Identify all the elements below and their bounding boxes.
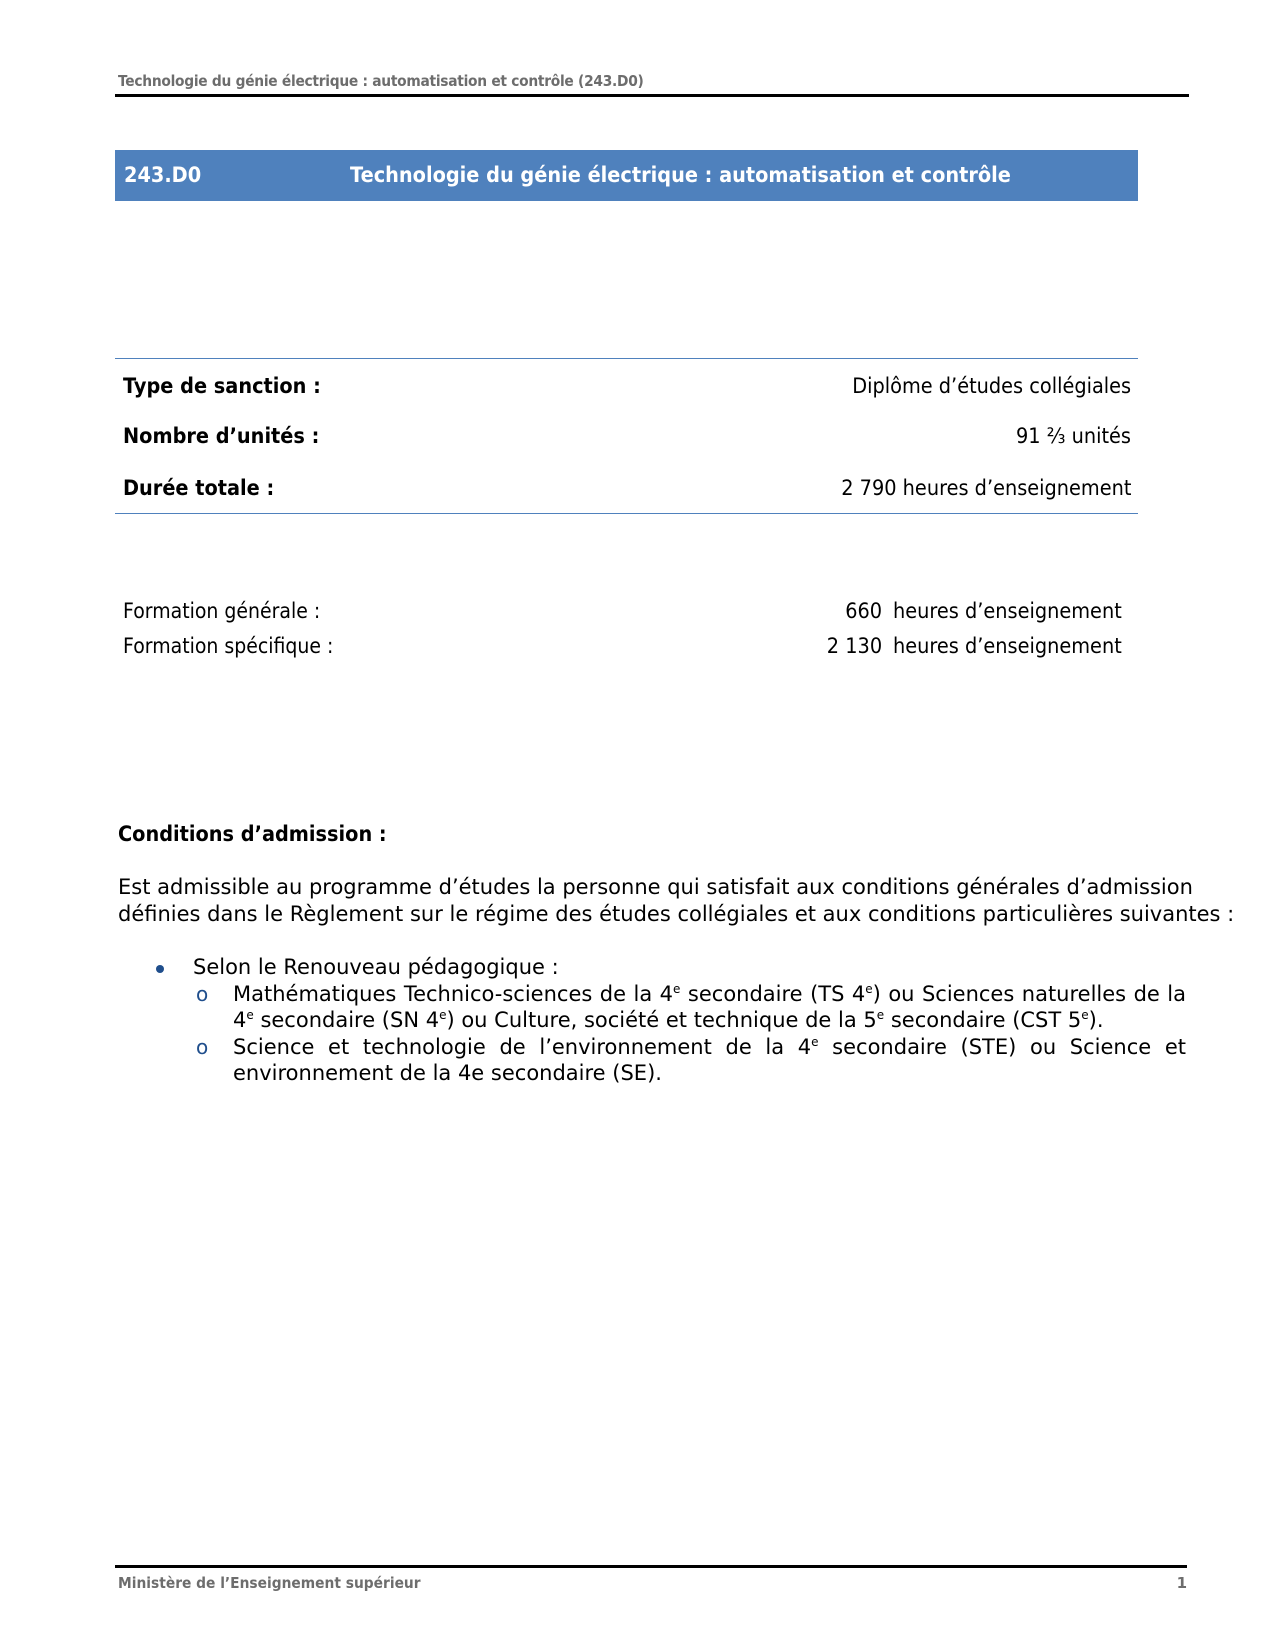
specific-formation-label: Formation spécifique : [123, 634, 333, 658]
list-item: oMathématiques Technico-sciences de la 4… [118, 981, 1186, 1034]
units-value: 91 ⅔ unités [1016, 424, 1131, 448]
general-formation-label: Formation générale : [123, 599, 320, 623]
duration-label: Durée totale : [123, 476, 274, 500]
sanction-value: Diplôme d’études collégiales [852, 374, 1131, 398]
footer-publisher: Ministère de l’Enseignement supérieur [118, 1574, 421, 1592]
admission-intro: Est admissible au programme d’études la … [118, 874, 1186, 927]
list-item-line: 4e secondaire (SN 4e) ou Culture, sociét… [233, 1007, 1186, 1034]
bullet-icon [156, 965, 164, 973]
sub-list: oMathématiques Technico-sciences de la 4… [118, 981, 1186, 1087]
list-item-line: Science et technologie de l’environnemen… [233, 1034, 1186, 1061]
page-number: 1 [1177, 1574, 1187, 1592]
program-title-bar: 243.D0 Technologie du génie électrique :… [115, 150, 1138, 201]
admission-conditions-list: Selon le Renouveau pédagogique : oMathém… [118, 954, 1186, 1087]
list-item: Selon le Renouveau pédagogique : [118, 954, 1186, 981]
general-formation-hours: 660 [845, 599, 882, 623]
summary-top-rule [115, 358, 1138, 359]
program-name: Technologie du génie électrique : automa… [350, 163, 1011, 187]
sub-bullet-icon: o [196, 981, 208, 1008]
specific-formation-hours: 2 130 [827, 634, 882, 658]
header-rule [115, 94, 1189, 97]
sanction-label: Type de sanction : [123, 374, 321, 398]
running-header: Technologie du génie électrique : automa… [118, 72, 644, 90]
duration-value: 2 790 heures d’enseignement [841, 476, 1131, 500]
general-formation-unit: heures d’enseignement [893, 599, 1122, 623]
admission-intro-line: définies dans le Règlement sur le régime… [118, 901, 1186, 928]
admission-intro-line: Est admissible au programme d’études la … [118, 874, 1186, 901]
list-item-line: Mathématiques Technico-sciences de la 4e… [233, 981, 1186, 1008]
units-label: Nombre d’unités : [123, 424, 319, 448]
sub-bullet-icon: o [196, 1034, 208, 1061]
admission-heading: Conditions d’admission : [118, 822, 387, 846]
program-code: 243.D0 [124, 163, 201, 187]
list-item: oScience et technologie de l’environneme… [118, 1034, 1186, 1087]
bullet-text: Selon le Renouveau pédagogique : [193, 954, 559, 981]
list-item-line: environnement de la 4e secondaire (SE). [233, 1060, 1186, 1087]
summary-bottom-rule [115, 513, 1138, 514]
specific-formation-unit: heures d’enseignement [893, 634, 1122, 658]
footer-rule [115, 1565, 1187, 1568]
